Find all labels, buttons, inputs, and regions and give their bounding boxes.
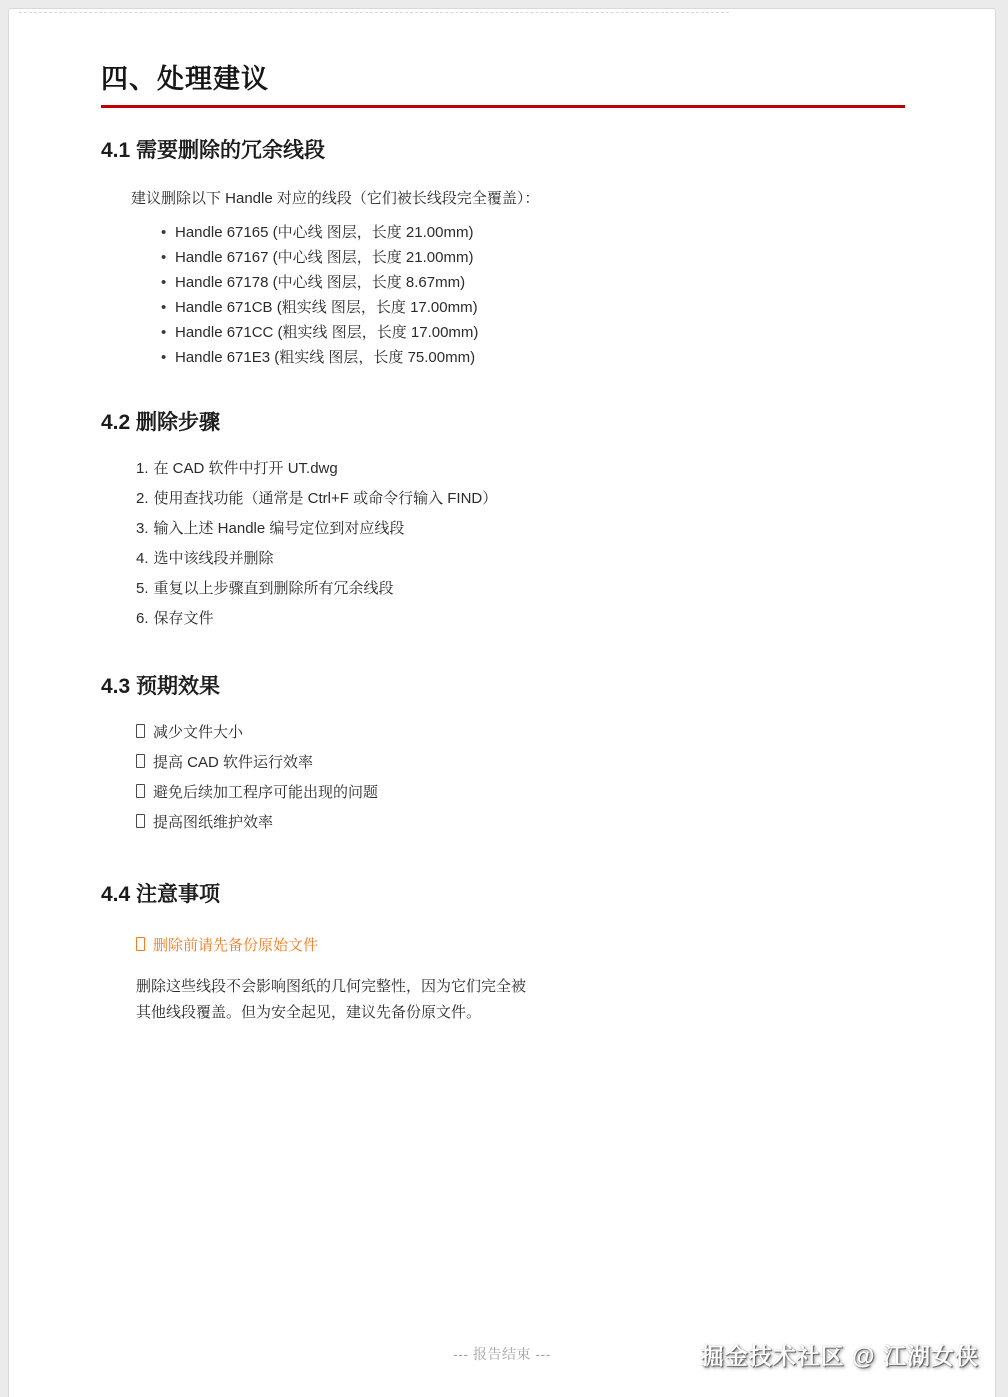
effect-item: 提高 CAD 软件运行效率 <box>136 748 905 778</box>
page-title: 四、处理建议 <box>101 57 905 108</box>
handle-list-item: Handle 671CC (粗实线 图层，长度 17.00mm) <box>161 320 905 345</box>
warning-text: 删除前请先备份原始文件 <box>153 937 318 954</box>
step-item: 3.输入上述 Handle 编号定位到对应线段 <box>136 514 905 544</box>
effect-item: 避免后续加工程序可能出现的问题 <box>136 778 905 808</box>
step-number: 4. <box>136 544 149 574</box>
section-4-1-heading: 4.1 需要删除的冗余线段 <box>101 134 905 164</box>
step-item: 1.在 CAD 软件中打开 UT.dwg <box>136 454 905 484</box>
backup-warning: 删除前请先备份原始文件 <box>136 934 905 955</box>
handle-item-text: Handle 67165 (中心线 图层，长度 21.00mm) <box>175 224 473 241</box>
handle-list-item: Handle 67167 (中心线 图层，长度 21.00mm) <box>161 245 905 270</box>
section-4-4-heading: 4.4 注意事项 <box>101 878 905 908</box>
bullet-dot-icon <box>161 270 175 295</box>
handle-list-item: Handle 671E3 (粗实线 图层，长度 75.00mm) <box>161 345 905 370</box>
step-item: 6.保存文件 <box>136 604 905 634</box>
community-watermark: 掘金技术社区 @ 江湖女侠 <box>701 1338 979 1371</box>
step-item: 5.重复以上步骤直到删除所有冗余线段 <box>136 574 905 604</box>
missing-glyph-box-icon <box>136 937 145 951</box>
step-text: 输入上述 Handle 编号定位到对应线段 <box>154 520 405 537</box>
handle-list: Handle 67165 (中心线 图层，长度 21.00mm) Handle … <box>161 220 905 370</box>
report-content: 四、处理建议 4.1 需要删除的冗余线段 建议删除以下 Handle 对应的线段… <box>9 9 995 1026</box>
step-number: 6. <box>136 604 149 634</box>
handle-item-text: Handle 67178 (中心线 图层，长度 8.67mm) <box>175 274 465 291</box>
effect-item: 提高图纸维护效率 <box>136 808 905 838</box>
missing-glyph-box-icon <box>136 754 145 768</box>
note-line: 其他线段覆盖。但为安全起见，建议先备份原文件。 <box>136 1000 905 1026</box>
page-edge-artifact <box>19 12 729 13</box>
step-text: 保存文件 <box>154 610 214 627</box>
step-number: 3. <box>136 514 149 544</box>
report-page: 四、处理建议 4.1 需要删除的冗余线段 建议删除以下 Handle 对应的线段… <box>8 8 996 1397</box>
handle-list-item: Handle 671CB (粗实线 图层，长度 17.00mm) <box>161 295 905 320</box>
effect-list: 减少文件大小 提高 CAD 软件运行效率 避免后续加工程序可能出现的问题 提高图… <box>136 718 905 838</box>
effect-item: 减少文件大小 <box>136 718 905 748</box>
step-list: 1.在 CAD 软件中打开 UT.dwg 2.使用查找功能（通常是 Ctrl+F… <box>136 454 905 634</box>
missing-glyph-box-icon <box>136 724 145 738</box>
bullet-dot-icon <box>161 245 175 270</box>
effect-text: 避免后续加工程序可能出现的问题 <box>153 784 378 801</box>
bullet-dot-icon <box>161 320 175 345</box>
step-text: 选中该线段并删除 <box>154 550 274 567</box>
step-number: 2. <box>136 484 149 514</box>
section-4-3-heading: 4.3 预期效果 <box>101 670 905 700</box>
section-4-2-heading: 4.2 删除步骤 <box>101 406 905 436</box>
handle-item-text: Handle 671CC (粗实线 图层，长度 17.00mm) <box>175 324 478 341</box>
step-number: 1. <box>136 454 149 484</box>
step-number: 5. <box>136 574 149 604</box>
bullet-dot-icon <box>161 295 175 320</box>
missing-glyph-box-icon <box>136 784 145 798</box>
handle-item-text: Handle 67167 (中心线 图层，长度 21.00mm) <box>175 249 473 266</box>
missing-glyph-box-icon <box>136 814 145 828</box>
handle-list-item: Handle 67165 (中心线 图层，长度 21.00mm) <box>161 220 905 245</box>
effect-text: 减少文件大小 <box>153 724 243 741</box>
note-line: 删除这些线段不会影响图纸的几何完整性，因为它们完全被 <box>136 974 905 1000</box>
section-4-4-note: 删除这些线段不会影响图纸的几何完整性，因为它们完全被 其他线段覆盖。但为安全起见… <box>136 974 905 1026</box>
effect-text: 提高 CAD 软件运行效率 <box>153 754 313 771</box>
bullet-dot-icon <box>161 345 175 370</box>
section-4-1-intro: 建议删除以下 Handle 对应的线段（它们被长线段完全覆盖）： <box>131 187 905 208</box>
step-item: 4.选中该线段并删除 <box>136 544 905 574</box>
handle-item-text: Handle 671CB (粗实线 图层，长度 17.00mm) <box>175 299 478 316</box>
step-item: 2.使用查找功能（通常是 Ctrl+F 或命令行输入 FIND） <box>136 484 905 514</box>
step-text: 在 CAD 软件中打开 UT.dwg <box>154 460 338 477</box>
step-text: 使用查找功能（通常是 Ctrl+F 或命令行输入 FIND） <box>154 490 498 507</box>
step-text: 重复以上步骤直到删除所有冗余线段 <box>154 580 394 597</box>
handle-list-item: Handle 67178 (中心线 图层，长度 8.67mm) <box>161 270 905 295</box>
bullet-dot-icon <box>161 220 175 245</box>
effect-text: 提高图纸维护效率 <box>153 814 273 831</box>
handle-item-text: Handle 671E3 (粗实线 图层，长度 75.00mm) <box>175 349 475 366</box>
